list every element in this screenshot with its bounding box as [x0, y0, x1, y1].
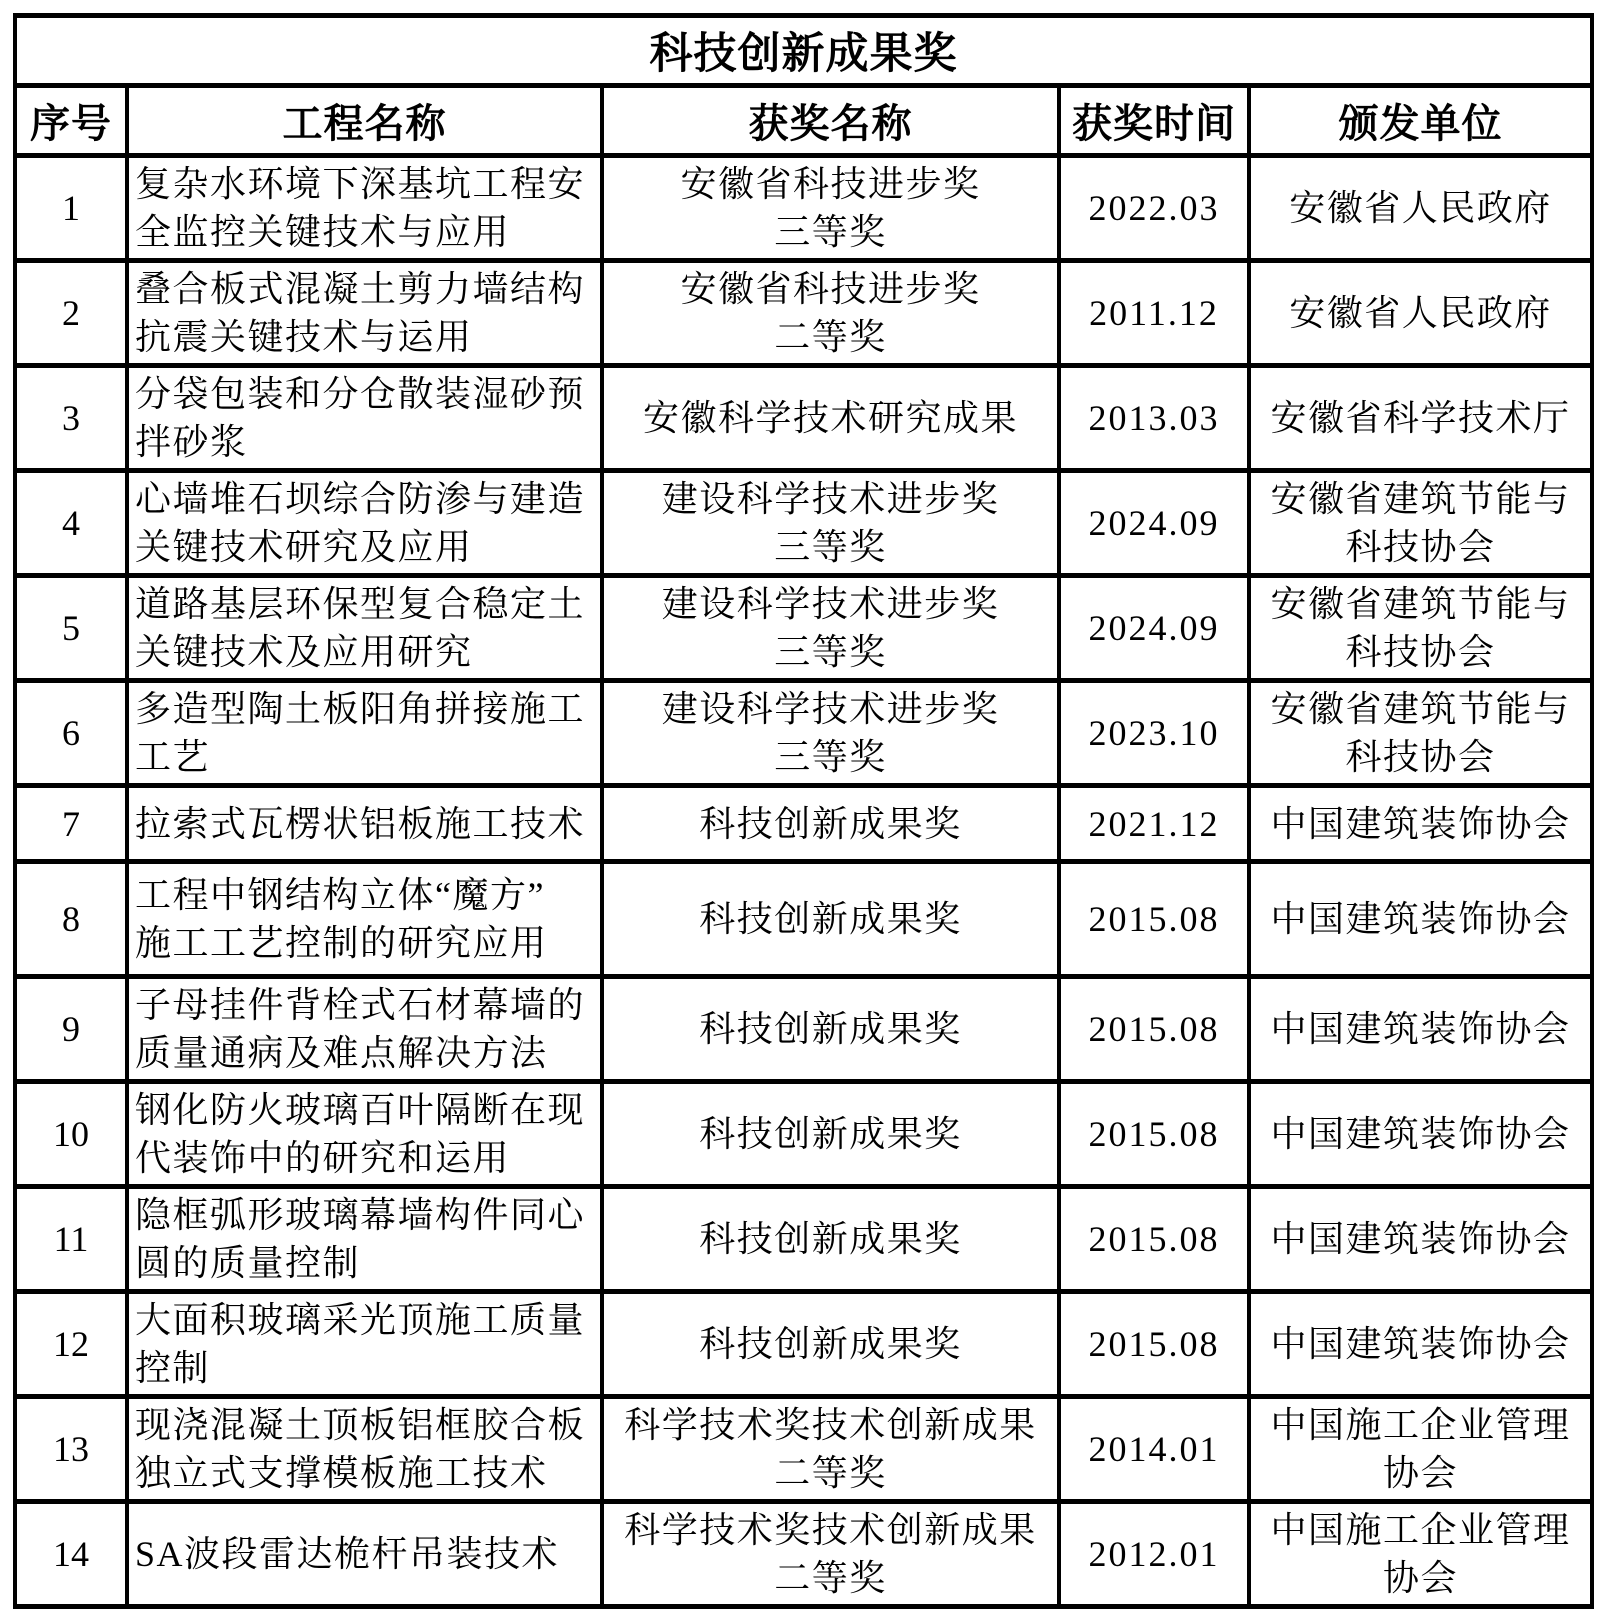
document-page: 科技创新成果奖 序号 工程名称 获奖名称 获奖时间 颁发单位 1 复杂水环境下深…: [0, 0, 1604, 1606]
table-header-row: 序号 工程名称 获奖名称 获奖时间 颁发单位: [15, 86, 1592, 156]
table-title: 科技创新成果奖: [15, 16, 1592, 86]
row-number-cell: 8: [15, 862, 127, 977]
project-name-cell: 钢化防火玻璃百叶隔断在现 代装饰中的研究和运用: [127, 1082, 602, 1187]
row-number-cell: 10: [15, 1082, 127, 1187]
award-date-cell: 2015.08: [1059, 862, 1249, 977]
issuer-cell: 中国建筑装饰协会: [1249, 786, 1592, 862]
awards-table: 科技创新成果奖 序号 工程名称 获奖名称 获奖时间 颁发单位 1 复杂水环境下深…: [13, 13, 1594, 1609]
issuer-cell: 中国建筑装饰协会: [1249, 977, 1592, 1082]
table-row: 1 复杂水环境下深基坑工程安 全监控关键技术与应用 安徽省科技进步奖 三等奖 2…: [15, 156, 1592, 261]
issuer-cell: 中国建筑装饰协会: [1249, 862, 1592, 977]
table-row: 9 子母挂件背栓式石材幕墙的 质量通病及难点解决方法 科技创新成果奖 2015.…: [15, 977, 1592, 1082]
project-name-cell: 复杂水环境下深基坑工程安 全监控关键技术与应用: [127, 156, 602, 261]
column-header-date: 获奖时间: [1059, 86, 1249, 156]
row-number-cell: 4: [15, 471, 127, 576]
issuer-cell: 中国建筑装饰协会: [1249, 1292, 1592, 1397]
issuer-cell: 安徽省人民政府: [1249, 261, 1592, 366]
row-number-cell: 1: [15, 156, 127, 261]
issuer-cell: 中国建筑装饰协会: [1249, 1082, 1592, 1187]
award-name-cell: 科学技术奖技术创新成果 二等奖: [602, 1502, 1059, 1607]
award-date-cell: 2013.03: [1059, 366, 1249, 471]
row-number-cell: 11: [15, 1187, 127, 1292]
award-name-cell: 安徽省科技进步奖 三等奖: [602, 156, 1059, 261]
award-date-cell: 2022.03: [1059, 156, 1249, 261]
table-row: 2 叠合板式混凝土剪力墙结构 抗震关键技术与运用 安徽省科技进步奖 二等奖 20…: [15, 261, 1592, 366]
row-number-cell: 3: [15, 366, 127, 471]
project-name-cell: 多造型陶土板阳角拼接施工 工艺: [127, 681, 602, 786]
award-name-cell: 科技创新成果奖: [602, 786, 1059, 862]
table-row: 8 工程中钢结构立体“魔方” 施工工艺控制的研究应用 科技创新成果奖 2015.…: [15, 862, 1592, 977]
table-row: 11 隐框弧形玻璃幕墙构件同心 圆的质量控制 科技创新成果奖 2015.08 中…: [15, 1187, 1592, 1292]
project-name-cell: 子母挂件背栓式石材幕墙的 质量通病及难点解决方法: [127, 977, 602, 1082]
table-row: 10 钢化防火玻璃百叶隔断在现 代装饰中的研究和运用 科技创新成果奖 2015.…: [15, 1082, 1592, 1187]
table-row: 14 SA波段雷达桅杆吊装技术 科学技术奖技术创新成果 二等奖 2012.01 …: [15, 1502, 1592, 1607]
project-name-cell: 叠合板式混凝土剪力墙结构 抗震关键技术与运用: [127, 261, 602, 366]
project-name-cell: 隐框弧形玻璃幕墙构件同心 圆的质量控制: [127, 1187, 602, 1292]
project-name-cell: 工程中钢结构立体“魔方” 施工工艺控制的研究应用: [127, 862, 602, 977]
row-number-cell: 5: [15, 576, 127, 681]
award-name-cell: 建设科学技术进步奖 三等奖: [602, 681, 1059, 786]
award-name-cell: 科技创新成果奖: [602, 1187, 1059, 1292]
award-name-cell: 科技创新成果奖: [602, 1082, 1059, 1187]
award-date-cell: 2023.10: [1059, 681, 1249, 786]
award-name-cell: 科学技术奖技术创新成果 二等奖: [602, 1397, 1059, 1502]
award-date-cell: 2014.01: [1059, 1397, 1249, 1502]
award-date-cell: 2011.12: [1059, 261, 1249, 366]
award-date-cell: 2015.08: [1059, 1082, 1249, 1187]
table-row: 7 拉索式瓦楞状铝板施工技术 科技创新成果奖 2021.12 中国建筑装饰协会: [15, 786, 1592, 862]
project-name-cell: SA波段雷达桅杆吊装技术: [127, 1502, 602, 1607]
table-row: 4 心墙堆石坝综合防渗与建造 关键技术研究及应用 建设科学技术进步奖 三等奖 2…: [15, 471, 1592, 576]
column-header-issuer: 颁发单位: [1249, 86, 1592, 156]
table-body: 1 复杂水环境下深基坑工程安 全监控关键技术与应用 安徽省科技进步奖 三等奖 2…: [15, 156, 1592, 1607]
project-name-cell: 分袋包装和分仓散装湿砂预 拌砂浆: [127, 366, 602, 471]
award-name-cell: 安徽省科技进步奖 二等奖: [602, 261, 1059, 366]
table-row: 12 大面积玻璃采光顶施工质量 控制 科技创新成果奖 2015.08 中国建筑装…: [15, 1292, 1592, 1397]
issuer-cell: 中国施工企业管理 协会: [1249, 1502, 1592, 1607]
project-name-cell: 道路基层环保型复合稳定土 关键技术及应用研究: [127, 576, 602, 681]
row-number-cell: 9: [15, 977, 127, 1082]
table-row: 13 现浇混凝土顶板铝框胶合板 独立式支撑模板施工技术 科学技术奖技术创新成果 …: [15, 1397, 1592, 1502]
column-header-award: 获奖名称: [602, 86, 1059, 156]
award-name-cell: 建设科学技术进步奖 三等奖: [602, 471, 1059, 576]
award-date-cell: 2015.08: [1059, 1292, 1249, 1397]
row-number-cell: 7: [15, 786, 127, 862]
project-name-cell: 现浇混凝土顶板铝框胶合板 独立式支撑模板施工技术: [127, 1397, 602, 1502]
issuer-cell: 安徽省人民政府: [1249, 156, 1592, 261]
award-name-cell: 科技创新成果奖: [602, 1292, 1059, 1397]
project-name-cell: 心墙堆石坝综合防渗与建造 关键技术研究及应用: [127, 471, 602, 576]
project-name-cell: 大面积玻璃采光顶施工质量 控制: [127, 1292, 602, 1397]
table-row: 5 道路基层环保型复合稳定土 关键技术及应用研究 建设科学技术进步奖 三等奖 2…: [15, 576, 1592, 681]
award-date-cell: 2021.12: [1059, 786, 1249, 862]
row-number-cell: 13: [15, 1397, 127, 1502]
project-name-cell: 拉索式瓦楞状铝板施工技术: [127, 786, 602, 862]
row-number-cell: 2: [15, 261, 127, 366]
table-title-row: 科技创新成果奖: [15, 16, 1592, 86]
award-date-cell: 2015.08: [1059, 977, 1249, 1082]
issuer-cell: 中国施工企业管理 协会: [1249, 1397, 1592, 1502]
table-row: 3 分袋包装和分仓散装湿砂预 拌砂浆 安徽科学技术研究成果 2013.03 安徽…: [15, 366, 1592, 471]
issuer-cell: 安徽省建筑节能与 科技协会: [1249, 681, 1592, 786]
row-number-cell: 14: [15, 1502, 127, 1607]
column-header-project: 工程名称: [127, 86, 602, 156]
row-number-cell: 12: [15, 1292, 127, 1397]
award-name-cell: 科技创新成果奖: [602, 977, 1059, 1082]
issuer-cell: 中国建筑装饰协会: [1249, 1187, 1592, 1292]
award-date-cell: 2024.09: [1059, 471, 1249, 576]
award-date-cell: 2024.09: [1059, 576, 1249, 681]
column-header-no: 序号: [15, 86, 127, 156]
award-name-cell: 科技创新成果奖: [602, 862, 1059, 977]
award-date-cell: 2015.08: [1059, 1187, 1249, 1292]
table-row: 6 多造型陶土板阳角拼接施工 工艺 建设科学技术进步奖 三等奖 2023.10 …: [15, 681, 1592, 786]
issuer-cell: 安徽省建筑节能与 科技协会: [1249, 576, 1592, 681]
award-name-cell: 安徽科学技术研究成果: [602, 366, 1059, 471]
row-number-cell: 6: [15, 681, 127, 786]
issuer-cell: 安徽省科学技术厅: [1249, 366, 1592, 471]
award-name-cell: 建设科学技术进步奖 三等奖: [602, 576, 1059, 681]
issuer-cell: 安徽省建筑节能与 科技协会: [1249, 471, 1592, 576]
award-date-cell: 2012.01: [1059, 1502, 1249, 1607]
